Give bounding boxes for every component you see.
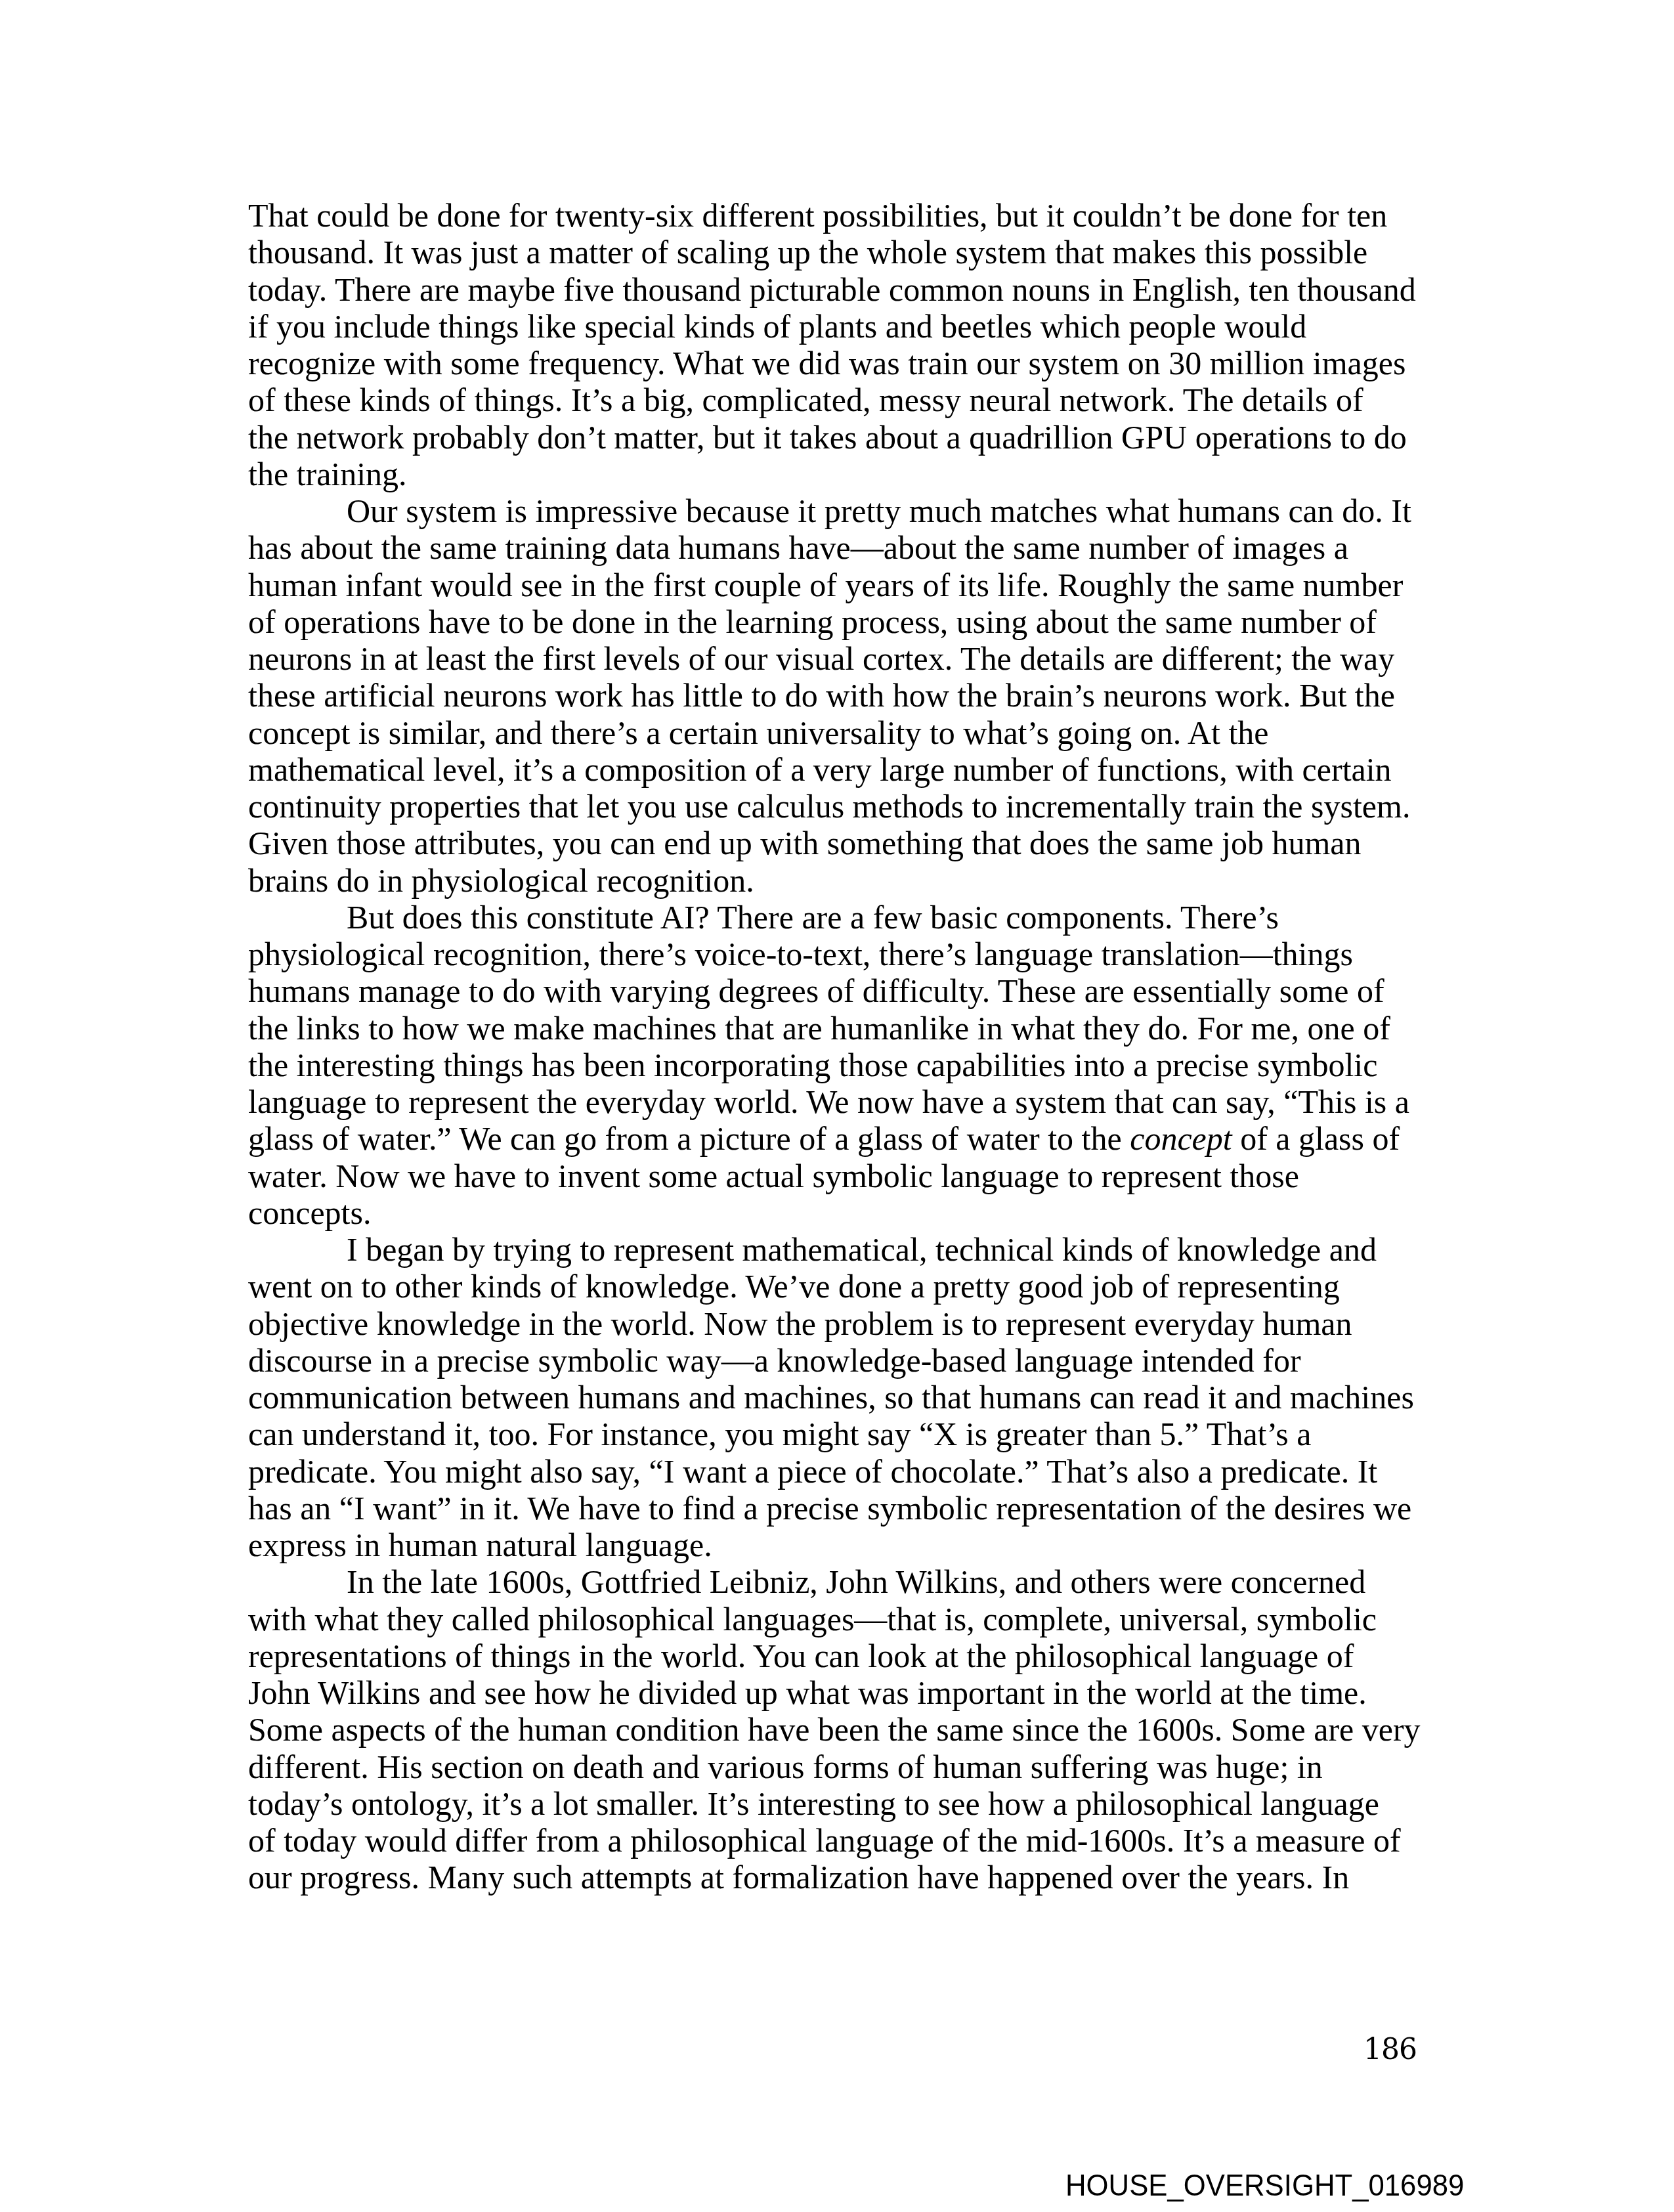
- paragraph: In the late 1600s, Gottfried Leibniz, Jo…: [248, 1563, 1430, 1896]
- text-line: the network probably don’t matter, but i…: [248, 419, 1430, 456]
- paragraph: I began by trying to represent mathemati…: [248, 1231, 1430, 1563]
- text-line: neurons in at least the first levels of …: [248, 640, 1430, 677]
- text-line: thousand. It was just a matter of scalin…: [248, 234, 1430, 271]
- text-line: can understand it, too. For instance, yo…: [248, 1416, 1430, 1452]
- text-line: went on to other kinds of knowledge. We’…: [248, 1268, 1430, 1305]
- text-line: predicate. You might also say, “I want a…: [248, 1453, 1430, 1490]
- text-line: physiological recognition, there’s voice…: [248, 936, 1430, 972]
- body-text: That could be done for twenty-six differ…: [248, 197, 1430, 1896]
- text-line: Our system is impressive because it pret…: [248, 492, 1430, 529]
- text-line: In the late 1600s, Gottfried Leibniz, Jo…: [248, 1563, 1430, 1600]
- text-line: humans manage to do with varying degrees…: [248, 972, 1430, 1009]
- bates-stamp: HOUSE_OVERSIGHT_016989: [1065, 2167, 1464, 2203]
- text-line: representations of things in the world. …: [248, 1637, 1430, 1674]
- text-line: has an “I want” in it. We have to find a…: [248, 1490, 1430, 1527]
- text-line: if you include things like special kinds…: [248, 308, 1430, 345]
- text-line: human infant would see in the first coup…: [248, 567, 1430, 603]
- text-line: Given those attributes, you can end up w…: [248, 825, 1430, 861]
- text-line: concepts.: [248, 1194, 1430, 1231]
- text-line: with what they called philosophical lang…: [248, 1601, 1430, 1637]
- document-page: That could be done for twenty-six differ…: [0, 0, 1674, 2212]
- text-line: discourse in a precise symbolic way—a kn…: [248, 1342, 1430, 1379]
- page-number: 186: [1363, 2033, 1417, 2066]
- text-run: glass of water.” We can go from a pictur…: [248, 1120, 1130, 1157]
- text-line: our progress. Many such attempts at form…: [248, 1859, 1430, 1896]
- paragraph: That could be done for twenty-six differ…: [248, 197, 1430, 492]
- text-line: John Wilkins and see how he divided up w…: [248, 1674, 1430, 1711]
- text-line: continuity properties that let you use c…: [248, 788, 1430, 825]
- text-line: concept is similar, and there’s a certai…: [248, 714, 1430, 751]
- text-line: the training.: [248, 456, 1430, 492]
- text-line: objective knowledge in the world. Now th…: [248, 1305, 1430, 1342]
- text-line: mathematical level, it’s a composition o…: [248, 751, 1430, 788]
- text-line: glass of water.” We can go from a pictur…: [248, 1120, 1430, 1157]
- text-line: different. His section on death and vari…: [248, 1748, 1430, 1785]
- text-line: has about the same training data humans …: [248, 529, 1430, 566]
- text-line: Some aspects of the human condition have…: [248, 1711, 1430, 1748]
- text-line: recognize with some frequency. What we d…: [248, 345, 1430, 381]
- text-line: language to represent the everyday world…: [248, 1083, 1430, 1120]
- text-line: the links to how we make machines that a…: [248, 1010, 1430, 1047]
- text-line: That could be done for twenty-six differ…: [248, 197, 1430, 234]
- text-line: But does this constitute AI? There are a…: [248, 899, 1430, 936]
- text-line: the interesting things has been incorpor…: [248, 1047, 1430, 1083]
- text-line: of today would differ from a philosophic…: [248, 1822, 1430, 1859]
- text-line: express in human natural language.: [248, 1527, 1430, 1563]
- text-line: I began by trying to represent mathemati…: [248, 1231, 1430, 1268]
- text-run: of a glass of: [1232, 1120, 1400, 1157]
- text-line: of operations have to be done in the lea…: [248, 603, 1430, 640]
- text-line: of these kinds of things. It’s a big, co…: [248, 381, 1430, 418]
- text-line: water. Now we have to invent some actual…: [248, 1158, 1430, 1194]
- text-line: brains do in physiological recognition.: [248, 862, 1430, 899]
- text-line: these artificial neurons work has little…: [248, 677, 1430, 714]
- paragraph: But does this constitute AI? There are a…: [248, 899, 1430, 1231]
- emphasis-text: concept: [1130, 1120, 1232, 1157]
- text-line: today’s ontology, it’s a lot smaller. It…: [248, 1785, 1430, 1822]
- text-line: today. There are maybe five thousand pic…: [248, 271, 1430, 308]
- text-line: communication between humans and machine…: [248, 1379, 1430, 1416]
- paragraph: Our system is impressive because it pret…: [248, 492, 1430, 899]
